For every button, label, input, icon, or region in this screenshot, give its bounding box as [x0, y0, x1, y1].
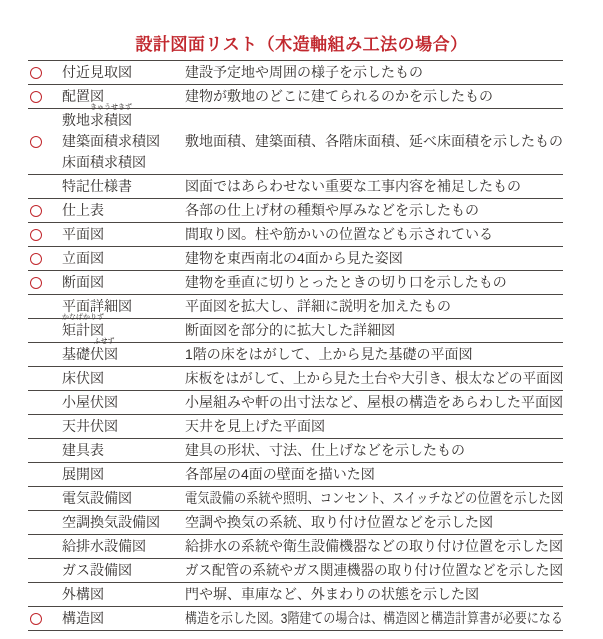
drawing-description-text: 小屋組みや軒の出寸法など、屋根の構造をあらわした平面図 — [185, 392, 563, 413]
circle-cell — [28, 373, 62, 385]
drawing-name-segment: 仕上表 — [62, 200, 104, 221]
drawing-name-segment: 立面図 — [62, 248, 104, 269]
drawing-name-line: 建具表 — [62, 440, 185, 461]
drawing-name-segment: 床面積求積図 — [62, 152, 146, 173]
table-row: 床伏図 床板をはがして、上から見た土台や大引き、根太などの平面図 — [28, 367, 563, 391]
page-title: 設計図面リスト（木造軸組み工法の場合） — [0, 30, 603, 55]
drawing-description-text: 各部屋の4面の壁面を描いた図 — [185, 464, 375, 485]
table-row: 空調換気設備図 空調や換気の系統、取り付け位置などを示した図 — [28, 511, 563, 535]
drawing-name: 小屋伏図 — [62, 392, 185, 413]
table-row: 断面図 建物を垂直に切りとったときの切り口を示したもの — [28, 271, 563, 295]
table-row: 建具表 建具の形状、寸法、仕上げなどを示したもの — [28, 439, 563, 463]
circle-cell — [28, 229, 62, 241]
furigana-label: きゅうせきず — [90, 104, 132, 111]
drawing-name-segment: 建築面積求積図 — [62, 131, 160, 152]
drawing-description-text: 断面図を部分的に拡大した詳細図 — [185, 320, 395, 341]
drawing-name: 基礎伏図ふせず — [62, 344, 185, 365]
drawing-name-segment: 基礎 — [62, 344, 90, 365]
drawing-description-text: 建物が敷地のどこに建てられるのかを示したもの — [185, 86, 493, 107]
drawing-name-segment: 外構図 — [62, 584, 104, 605]
drawing-name: 建具表 — [62, 440, 185, 461]
circle-cell — [28, 91, 62, 103]
drawing-description: ガス配管の系統やガス関連機器の取り付け位置などを示した図 — [185, 560, 563, 581]
drawing-table: 付近見取図 建設予定地や周囲の様子を示したもの 配置図 建物が敷地のどこに建てら… — [28, 60, 563, 631]
table-row: 立面図 建物を東西南北の4面から見た姿図 — [28, 247, 563, 271]
drawing-name-line: 立面図 — [62, 248, 185, 269]
drawing-description: 建物を垂直に切りとったときの切り口を示したもの — [185, 272, 563, 293]
drawing-description-text: 敷地面積、建築面積、各階床面積、延べ床面積を示したもの — [185, 131, 563, 152]
drawing-description-text: 給排水の系統や衛生設備機器などの取り付け位置を示した図 — [185, 536, 563, 557]
drawing-name-segment: 小屋伏図 — [62, 392, 118, 413]
drawing-description-text: ガス配管の系統やガス関連機器の取り付け位置などを示した図 — [185, 560, 563, 581]
drawing-description: 建具の形状、寸法、仕上げなどを示したもの — [185, 440, 563, 461]
circle-cell — [28, 445, 62, 457]
circle-cell — [28, 277, 62, 289]
circle-cell — [28, 493, 62, 505]
circle-cell — [28, 469, 62, 481]
furigana-label: かなばかりず — [62, 314, 104, 321]
drawing-description: 建物が敷地のどこに建てられるのかを示したもの — [185, 86, 563, 107]
red-circle-icon — [30, 229, 42, 241]
drawing-description-text: 建物を垂直に切りとったときの切り口を示したもの — [185, 272, 507, 293]
drawing-name-line: 空調換気設備図 — [62, 512, 185, 533]
drawing-description: 小屋組みや軒の出寸法など、屋根の構造をあらわした平面図 — [185, 392, 563, 413]
drawing-description-text: 図面ではあらわせない重要な工事内容を補足したもの — [185, 176, 521, 197]
circle-cell — [28, 253, 62, 265]
drawing-name-segment: 展開図 — [62, 464, 104, 485]
drawing-description: 図面ではあらわせない重要な工事内容を補足したもの — [185, 176, 563, 197]
table-row: 外構図 門や塀、車庫など、外まわりの状態を示した図 — [28, 583, 563, 607]
drawing-description-text: 平面図を拡大し、詳細に説明を加えたもの — [185, 296, 451, 317]
drawing-name-line: ガス設備図 — [62, 560, 185, 581]
drawing-name: 外構図 — [62, 584, 185, 605]
circle-cell — [28, 541, 62, 553]
drawing-description-text: 間取り図。柱や筋かいの位置なども示されている — [185, 224, 493, 245]
red-circle-icon — [30, 205, 42, 217]
circle-cell — [28, 136, 62, 148]
drawing-name-segment: 床伏図 — [62, 368, 104, 389]
drawing-name-line: 平面図 — [62, 224, 185, 245]
drawing-name-line: 床伏図 — [62, 368, 185, 389]
drawing-name-segment: 天井伏図 — [62, 416, 118, 437]
drawing-description: 1階の床をはがして、上から見た基礎の平面図 — [185, 344, 563, 365]
circle-cell — [28, 325, 62, 337]
table-row: ガス設備図 ガス配管の系統やガス関連機器の取り付け位置などを示した図 — [28, 559, 563, 583]
drawing-name-line: 特記仕様書 — [62, 176, 185, 197]
drawing-description: 天井を見上げた平面図 — [185, 416, 563, 437]
furigana-label: ふせず — [94, 338, 115, 345]
drawing-description: 給排水の系統や衛生設備機器などの取り付け位置を示した図 — [185, 536, 563, 557]
drawing-name-line: 天井伏図 — [62, 416, 185, 437]
drawing-name-segment: 空調換気設備図 — [62, 512, 160, 533]
drawing-name: 給排水設備図 — [62, 536, 185, 557]
circle-cell — [28, 67, 62, 79]
red-circle-icon — [30, 67, 42, 79]
red-circle-icon — [30, 91, 42, 103]
drawing-name-line: 付近見取図 — [62, 62, 185, 83]
red-circle-icon — [30, 253, 42, 265]
drawing-description: 空調や換気の系統、取り付け位置などを示した図 — [185, 512, 563, 533]
table-row: 小屋伏図 小屋組みや軒の出寸法など、屋根の構造をあらわした平面図 — [28, 391, 563, 415]
drawing-name: 天井伏図 — [62, 416, 185, 437]
drawing-description: 各部屋の4面の壁面を描いた図 — [185, 464, 563, 485]
table-row: 平面図 間取り図。柱や筋かいの位置なども示されている — [28, 223, 563, 247]
circle-cell — [28, 517, 62, 529]
drawing-description: 電気設備の系統や照明、コンセント、スイッチなどの位置を示した図 — [185, 488, 563, 509]
table-row: 敷地求積図きゅうせきず建築面積求積図床面積求積図 敷地面積、建築面積、各階床面積… — [28, 109, 563, 175]
drawing-description: 床板をはがして、上から見た土台や大引き、根太などの平面図 — [185, 368, 563, 389]
drawing-name: 床伏図 — [62, 368, 185, 389]
drawing-name-line: 小屋伏図 — [62, 392, 185, 413]
table-row: 天井伏図 天井を見上げた平面図 — [28, 415, 563, 439]
drawing-name-segment: 電気設備図 — [62, 488, 132, 509]
drawing-name: 矩計図かなばかりず — [62, 320, 185, 341]
drawing-name-segment: 伏図ふせず — [90, 344, 118, 365]
drawing-description-text: 空調や換気の系統、取り付け位置などを示した図 — [185, 512, 493, 533]
drawing-name: 電気設備図 — [62, 488, 185, 509]
drawing-name-segment: 平面図 — [62, 224, 104, 245]
table-row: 展開図 各部屋の4面の壁面を描いた図 — [28, 463, 563, 487]
circle-cell — [28, 181, 62, 193]
drawing-name-line: 展開図 — [62, 464, 185, 485]
drawing-description-text: 各部の仕上げ材の種類や厚みなどを示したもの — [185, 200, 479, 221]
drawing-description-text: 建物を東西南北の4面から見た姿図 — [185, 248, 403, 269]
drawing-name-line: 外構図 — [62, 584, 185, 605]
red-circle-icon — [30, 136, 42, 148]
table-row: 平面詳細図 平面図を拡大し、詳細に説明を加えたもの — [28, 295, 563, 319]
drawing-description-text: 構造を示した図。3階建ての場合は、構造図と構造計算書が必要になる — [185, 608, 563, 629]
drawing-description-text: 天井を見上げた平面図 — [185, 416, 325, 437]
drawing-name: 断面図 — [62, 272, 185, 293]
circle-cell — [28, 349, 62, 361]
drawing-name-line: 仕上表 — [62, 200, 185, 221]
red-circle-icon — [30, 277, 42, 289]
drawing-name: 構造図 — [62, 608, 185, 629]
drawing-name: 平面図 — [62, 224, 185, 245]
drawing-name-segment: 給排水設備図 — [62, 536, 146, 557]
drawing-name-segment: 構造図 — [62, 608, 104, 629]
drawing-name-segment: 建具表 — [62, 440, 104, 461]
drawing-description: 敷地面積、建築面積、各階床面積、延べ床面積を示したもの — [185, 131, 563, 152]
drawing-description: 断面図を部分的に拡大した詳細図 — [185, 320, 563, 341]
drawing-name-line: 構造図 — [62, 608, 185, 629]
drawing-description-text: 電気設備の系統や照明、コンセント、スイッチなどの位置を示した図 — [185, 488, 563, 509]
drawing-name-segment: 断面図 — [62, 272, 104, 293]
drawing-name-segment: 特記仕様書 — [62, 176, 132, 197]
table-row: 構造図 構造を示した図。3階建ての場合は、構造図と構造計算書が必要になる — [28, 607, 563, 631]
drawing-name-segment: 求積図きゅうせきず — [90, 110, 132, 131]
table-row: 仕上表 各部の仕上げ材の種類や厚みなどを示したもの — [28, 199, 563, 223]
drawing-name: 特記仕様書 — [62, 176, 185, 197]
drawing-description-text: 床板をはがして、上から見た土台や大引き、根太などの平面図 — [185, 368, 563, 389]
circle-cell — [28, 397, 62, 409]
circle-cell — [28, 613, 62, 625]
drawing-name-segment: 敷地 — [62, 110, 90, 131]
drawing-name-line: 断面図 — [62, 272, 185, 293]
circle-cell — [28, 565, 62, 577]
circle-cell — [28, 205, 62, 217]
drawing-name-segment: ガス設備図 — [62, 560, 132, 581]
drawing-name-line: 基礎伏図ふせず — [62, 344, 185, 365]
drawing-description: 各部の仕上げ材の種類や厚みなどを示したもの — [185, 200, 563, 221]
drawing-name: 立面図 — [62, 248, 185, 269]
drawing-description-text: 1階の床をはがして、上から見た基礎の平面図 — [185, 344, 473, 365]
drawing-name: 付近見取図 — [62, 62, 185, 83]
drawing-name-line: 矩計図かなばかりず — [62, 320, 185, 341]
table-row: 特記仕様書 図面ではあらわせない重要な工事内容を補足したもの — [28, 175, 563, 199]
drawing-description: 構造を示した図。3階建ての場合は、構造図と構造計算書が必要になる — [185, 608, 563, 629]
drawing-name: 仕上表 — [62, 200, 185, 221]
drawing-description-text: 建設予定地や周囲の様子を示したもの — [185, 62, 423, 83]
drawing-description: 建物を東西南北の4面から見た姿図 — [185, 248, 563, 269]
drawing-name-line: 床面積求積図 — [62, 152, 185, 173]
drawing-description: 建設予定地や周囲の様子を示したもの — [185, 62, 563, 83]
red-circle-icon — [30, 613, 42, 625]
table-row: 電気設備図 電気設備の系統や照明、コンセント、スイッチなどの位置を示した図 — [28, 487, 563, 511]
drawing-name: 空調換気設備図 — [62, 512, 185, 533]
drawing-description-text: 門や塀、車庫など、外まわりの状態を示した図 — [185, 584, 479, 605]
drawing-name-line: 給排水設備図 — [62, 536, 185, 557]
table-row: 基礎伏図ふせず 1階の床をはがして、上から見た基礎の平面図 — [28, 343, 563, 367]
drawing-description-text: 建具の形状、寸法、仕上げなどを示したもの — [185, 440, 465, 461]
drawing-name-line: 建築面積求積図 — [62, 131, 185, 152]
drawing-name: 敷地求積図きゅうせきず建築面積求積図床面積求積図 — [62, 110, 185, 173]
drawing-description: 平面図を拡大し、詳細に説明を加えたもの — [185, 296, 563, 317]
drawing-description: 間取り図。柱や筋かいの位置なども示されている — [185, 224, 563, 245]
document-page: 設計図面リスト（木造軸組み工法の場合） 付近見取図 建設予定地や周囲の様子を示し… — [0, 0, 603, 639]
drawing-name-segment: 付近見取図 — [62, 62, 132, 83]
drawing-name-line: 電気設備図 — [62, 488, 185, 509]
drawing-name-line: 敷地求積図きゅうせきず — [62, 110, 185, 131]
circle-cell — [28, 589, 62, 601]
drawing-description: 門や塀、車庫など、外まわりの状態を示した図 — [185, 584, 563, 605]
circle-cell — [28, 421, 62, 433]
circle-cell — [28, 301, 62, 313]
table-row: 給排水設備図 給排水の系統や衛生設備機器などの取り付け位置を示した図 — [28, 535, 563, 559]
drawing-name: ガス設備図 — [62, 560, 185, 581]
table-row: 付近見取図 建設予定地や周囲の様子を示したもの — [28, 61, 563, 85]
drawing-name: 展開図 — [62, 464, 185, 485]
